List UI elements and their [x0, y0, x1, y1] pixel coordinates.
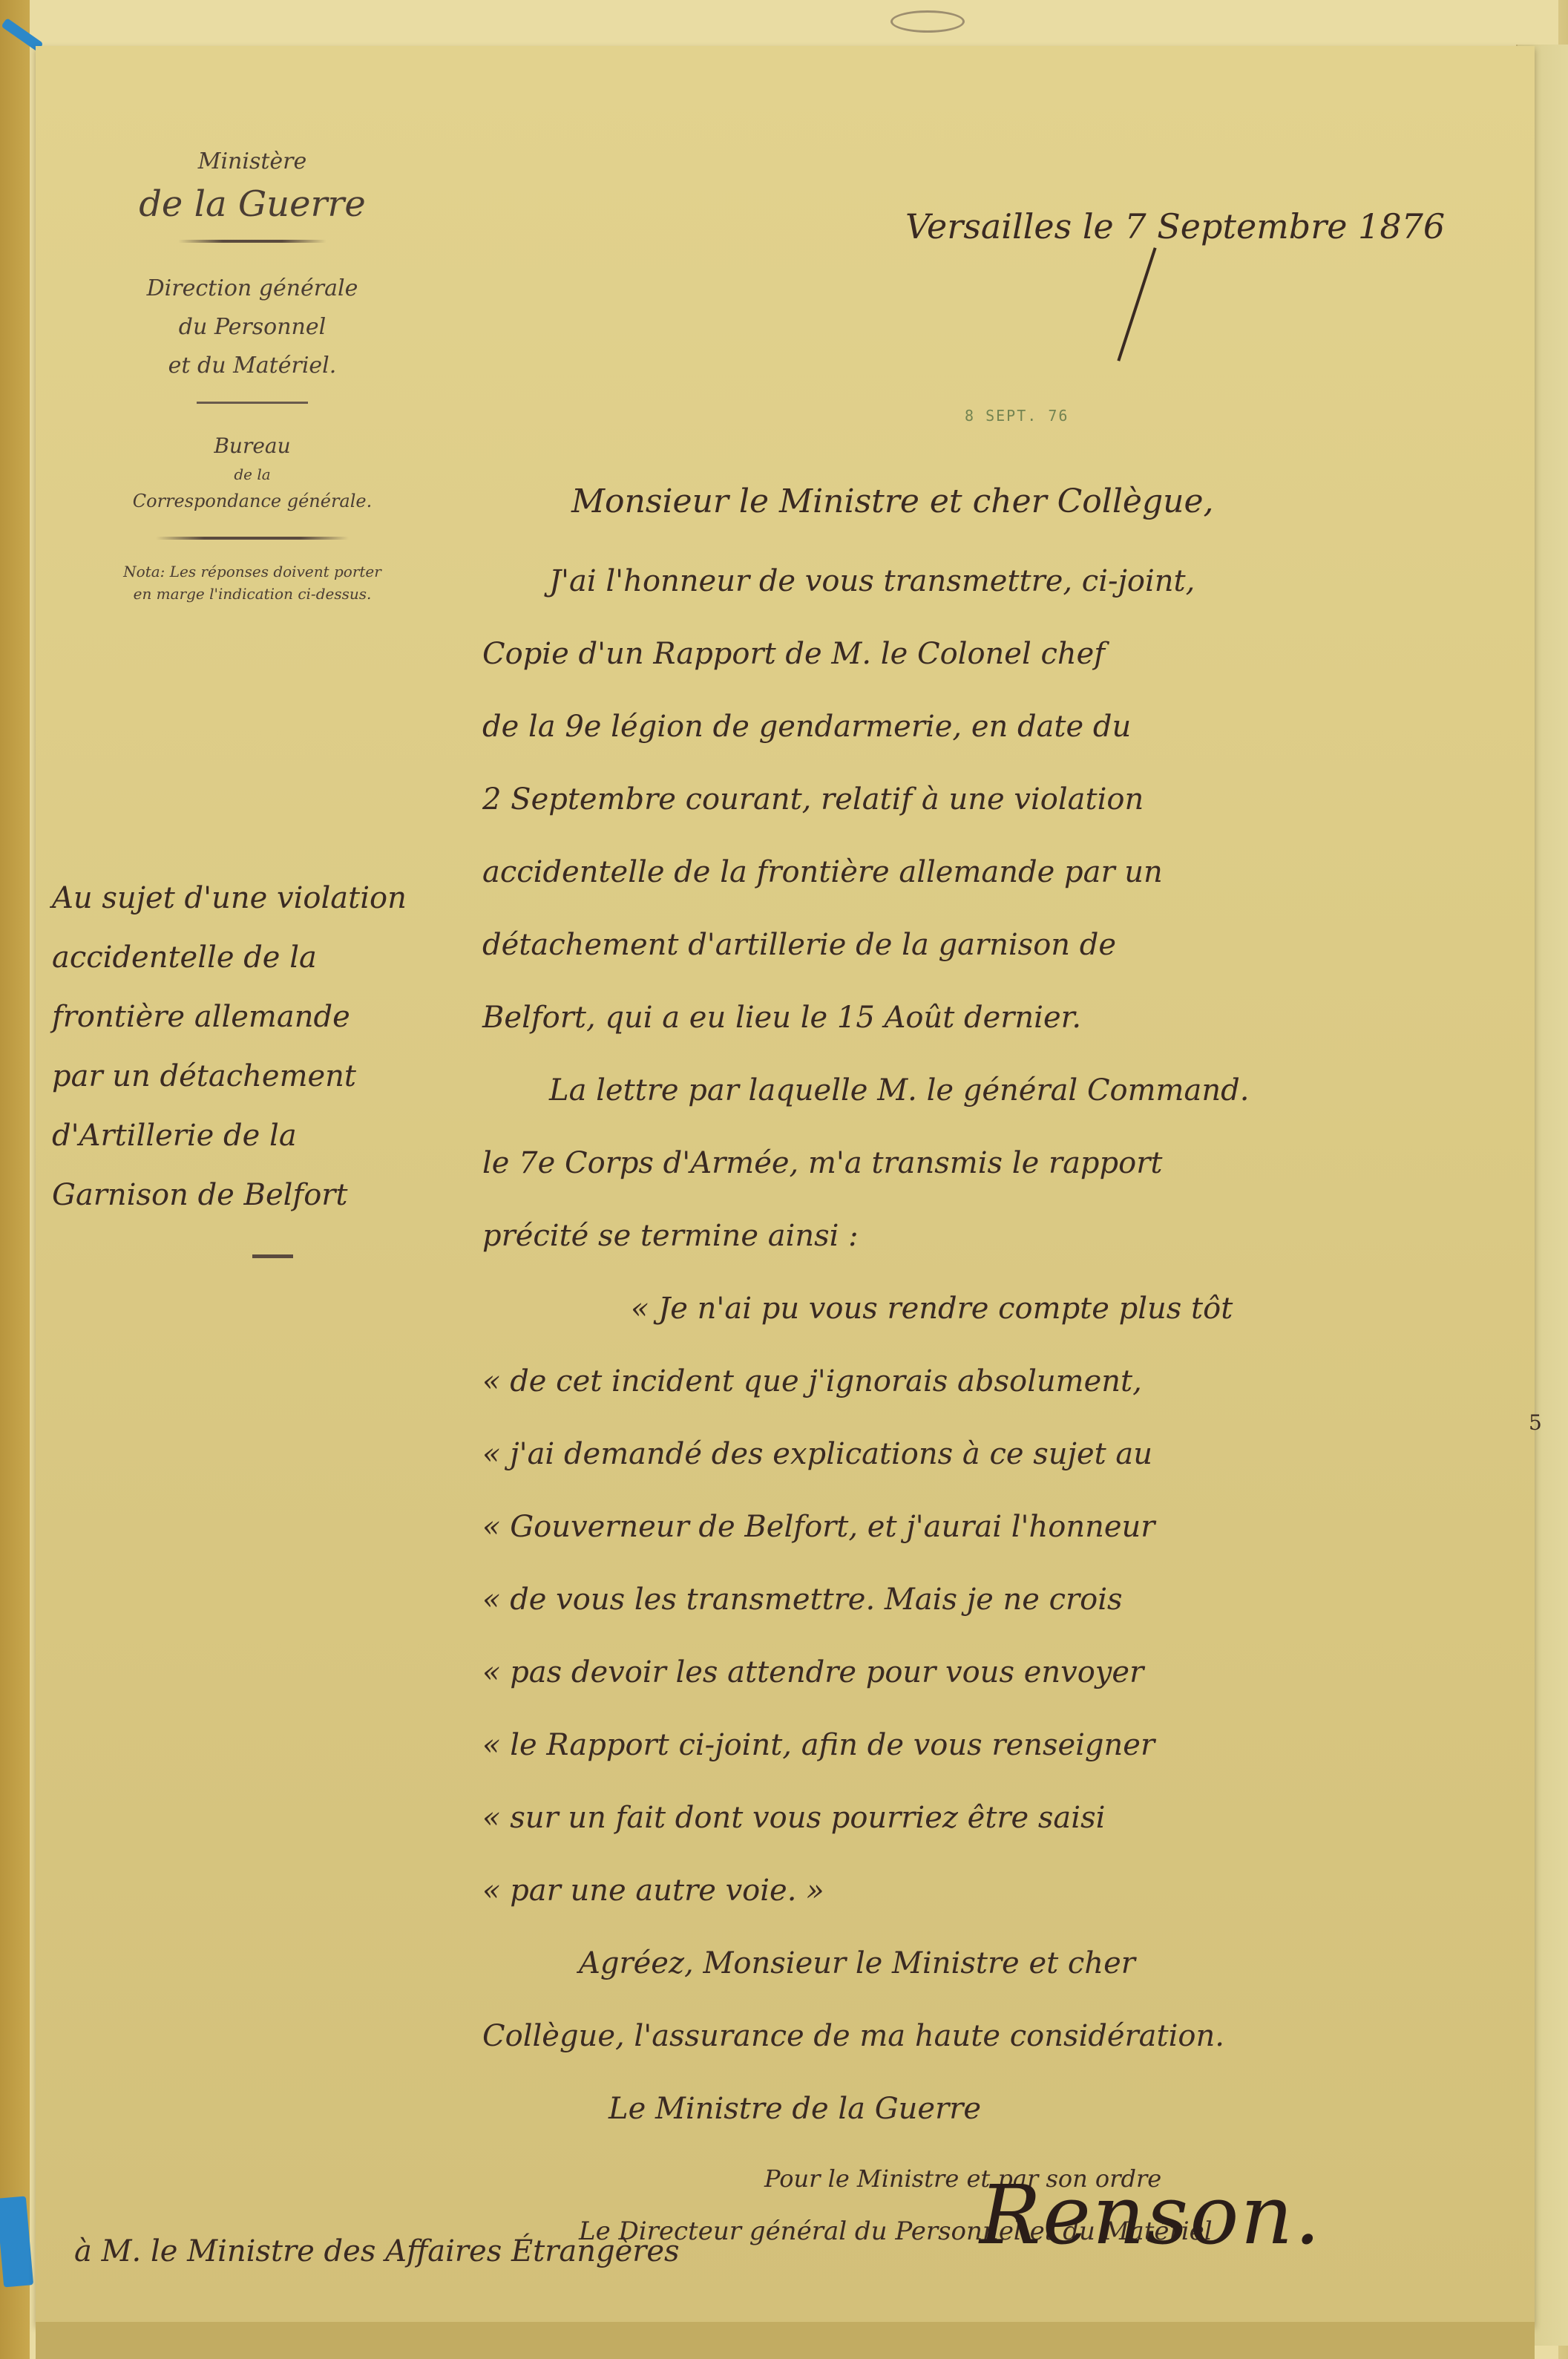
photo-scene: Ministère de la Guerre Direction général…: [0, 0, 1568, 2359]
divider-rule: [197, 402, 308, 404]
quote-line: « j'ai demandé des explications à ce suj…: [482, 1437, 1521, 1510]
ornament-rule: [178, 240, 327, 243]
margin-line: d'Artillerie de la: [52, 1106, 438, 1165]
salutation: Monsieur le Ministre et cher Collègue,: [571, 482, 1521, 564]
archive-stamp: 8 SEPT. 76: [965, 407, 1069, 425]
body-line: La lettre par laquelle M. le général Com…: [549, 1073, 1521, 1146]
body-line: le 7e Corps d'Armée, m'a transmis le rap…: [482, 1146, 1521, 1219]
ornament-rule-2: [156, 537, 349, 540]
margin-line: par un détachement: [52, 1047, 438, 1106]
margin-dash: [252, 1254, 293, 1258]
quote-line: « de vous les transmettre. Mais je ne cr…: [482, 1583, 1521, 1655]
margin-line: Garnison de Belfort: [52, 1165, 438, 1225]
letterhead-correspondance: Correspondance générale.: [74, 491, 430, 511]
body-line: Belfort, qui a eu lieu le 15 Août dernie…: [482, 1001, 1521, 1073]
body-line: de la 9e légion de gendarmerie, en date …: [482, 710, 1521, 782]
letterhead-de-la: de la: [74, 465, 430, 483]
blue-ribbon-tie-bottom: [0, 2196, 33, 2287]
signature: Renson.: [980, 2167, 1322, 2263]
margin-summary: Au sujet d'une violation accidentelle de…: [52, 868, 438, 1258]
letterhead-direction-2: du Personnel: [74, 308, 430, 347]
letterhead-note-1: Nota: Les réponses doivent porter: [74, 560, 430, 583]
quote-line: « le Rapport ci-joint, afin de vous rens…: [482, 1728, 1521, 1801]
quote-line: « Gouverneur de Belfort, et j'aurai l'ho…: [482, 1510, 1521, 1583]
closing-line: Agréez, Monsieur le Ministre et cher: [579, 1946, 1521, 2019]
body-line: accidentelle de la frontière allemande p…: [482, 855, 1521, 928]
quote-line: « sur un fait dont vous pourriez être sa…: [482, 1801, 1521, 1874]
addressee: à M. le Ministre des Affaires Étrangères: [74, 2234, 680, 2268]
margin-line: Au sujet d'une violation: [52, 868, 438, 928]
letterhead-guerre: de la Guerre: [74, 183, 430, 225]
quote-line: « de cet incident que j'ignorais absolum…: [482, 1364, 1521, 1437]
letter-date: Versailles le 7 Septembre 1876: [905, 206, 1445, 246]
sheet-fold: [36, 2322, 1535, 2359]
side-page-mark: 5: [1529, 1410, 1542, 1435]
quote-line: « par une autre voie. »: [482, 1874, 1521, 1946]
body-line: précité se termine ainsi :: [482, 1219, 1521, 1292]
letter-body: Monsieur le Ministre et cher Collègue, J…: [482, 482, 1521, 2289]
letterhead-ministere: Ministère: [74, 148, 430, 174]
body-line: 2 Septembre courant, relatif à une viola…: [482, 782, 1521, 855]
margin-line: accidentelle de la: [52, 928, 438, 987]
body-line: Copie d'un Rapport de M. le Colonel chef: [482, 637, 1521, 710]
letterhead-direction-1: Direction générale: [74, 269, 430, 308]
body-line: J'ai l'honneur de vous transmettre, ci-j…: [549, 564, 1521, 637]
closing-line: Collègue, l'assurance de ma haute consid…: [482, 2019, 1521, 2092]
quote-line: « Je n'ai pu vous rendre compte plus tôt: [631, 1292, 1521, 1364]
margin-line: frontière allemande: [52, 987, 438, 1047]
sign-minister: Le Ministre de la Guerre: [608, 2092, 1521, 2165]
letterhead-direction-3: et du Matériel.: [74, 347, 430, 385]
letterhead-bureau: Bureau: [74, 433, 430, 458]
pencil-loop-mark: [890, 10, 965, 33]
letterhead: Ministère de la Guerre Direction général…: [74, 148, 430, 605]
letterhead-note-2: en marge l'indication ci-dessus.: [74, 583, 430, 605]
body-line: détachement d'artillerie de la garnison …: [482, 928, 1521, 1001]
quote-line: « pas devoir les attendre pour vous envo…: [482, 1655, 1521, 1728]
